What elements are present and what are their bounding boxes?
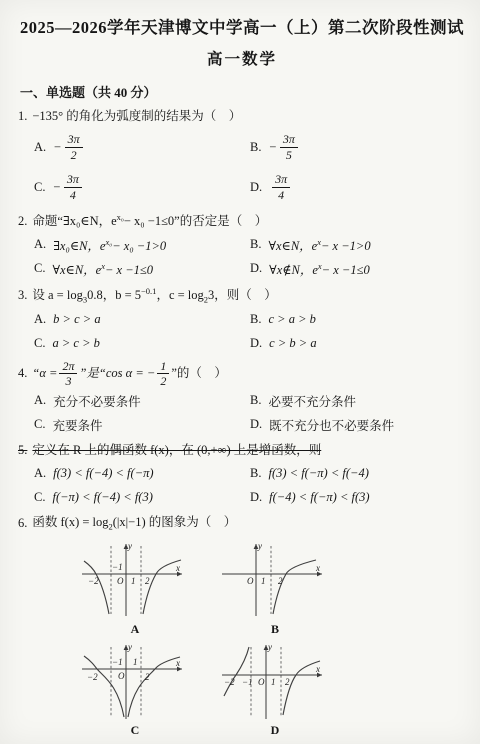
exam-page: 2025—2026学年天津博文中学高一（上）第二次阶段性测试 高一数学 一、单选… — [0, 0, 480, 744]
question-text: 设 a = log30.8，b = 5−0.1，c = log23，则（ ） — [32, 285, 276, 307]
graph-b-plot: y x O 1 2 — [216, 538, 334, 624]
svg-text:−1: −1 — [112, 657, 123, 667]
option-text: 既不充分也不必要条件 — [269, 416, 394, 434]
graph-option-c: −2 −1 O 1 2 y x C — [76, 639, 194, 738]
exam-title: 2025—2026学年天津博文中学高一（上）第二次阶段性测试 — [18, 14, 466, 38]
svg-text:1: 1 — [131, 576, 136, 586]
exam-subtitle: 高一数学 — [18, 47, 466, 69]
fraction: 3π2 — [65, 133, 83, 161]
question-4-options: A.充分不必要条件 B.必要不充分条件 C.充要条件 D.既不充分也不必要条件 — [18, 391, 466, 435]
question-1-stem: 1. −135° 的角化为弧度制的结果为（ ） — [18, 107, 466, 126]
question-text: −135° 的角化为弧度制的结果为（ ） — [32, 107, 241, 126]
fraction: 3π5 — [280, 133, 298, 161]
svg-text:x: x — [175, 563, 180, 573]
option-math: f(3) < f(−4) < f(−π) — [53, 466, 153, 481]
graph-option-a: y x O −2 −1 1 2 A — [76, 538, 194, 637]
question-1-options: A. − 3π2 B. − 3π5 C. − 3π4 D. 3π4 — [18, 129, 466, 205]
svg-text:−1: −1 — [242, 677, 253, 687]
option-math: ∀x∉N，ex− x −1≤0 — [269, 260, 370, 278]
option-label: C. — [34, 180, 45, 195]
svg-text:2: 2 — [285, 677, 290, 687]
option-b: B. − 3π5 — [250, 129, 466, 165]
option-d: D.c > b > a — [250, 334, 466, 354]
graph-option-b: y x O 1 2 B — [216, 538, 334, 637]
option-a: A.f(3) < f(−4) < f(−π) — [34, 463, 250, 483]
graph-option-d: −2 −1 O 1 2 y x D — [216, 639, 334, 738]
section-heading: 一、单选题（共 40 分） — [20, 82, 466, 101]
question-3: 3. 设 a = log30.8，b = 5−0.1，c = log23，则（ … — [18, 285, 466, 354]
question-4-stem: 4. “α = 2π3 ”是“cos α = − 12 ”的（ ） — [18, 360, 466, 388]
option-b: B. ∀x∈N，ex− x −1>0 — [250, 235, 466, 255]
option-c: C.f(−π) < f(−4) < f(3) — [34, 487, 250, 507]
answer-graphs: y x O −2 −1 1 2 A — [76, 538, 332, 738]
graph-c-plot: −2 −1 O 1 2 y x — [76, 639, 194, 725]
graph-d-plot: −2 −1 O 1 2 y x — [216, 639, 334, 725]
graph-b-label: B — [271, 622, 279, 637]
question-number: 5. — [18, 441, 27, 460]
option-math: f(−4) < f(−π) < f(3) — [269, 490, 369, 505]
svg-text:1: 1 — [261, 576, 266, 586]
option-math: b > c > a — [53, 312, 100, 327]
option-label: A. — [34, 237, 46, 252]
question-5-options: A.f(3) < f(−4) < f(−π) B.f(3) < f(−π) < … — [18, 463, 466, 507]
svg-text:O: O — [118, 671, 125, 681]
question-2: 2. 命题“∃x₀∈N，ex₀− x₀ −1≤0”的否定是（ ） A. ∃x₀∈… — [18, 211, 466, 279]
svg-text:O: O — [258, 677, 265, 687]
question-2-options: A. ∃x₀∈N，ex₀− x₀ −1>0 B. ∀x∈N，ex− x −1>0… — [18, 235, 466, 279]
graph-a-label: A — [131, 622, 140, 637]
svg-text:y: y — [267, 642, 272, 652]
question-number: 2. — [18, 212, 27, 231]
fraction: 12 — [157, 360, 169, 388]
option-label: D. — [250, 180, 262, 195]
option-math: ∃x₀∈N，ex₀− x₀ −1>0 — [53, 236, 166, 254]
svg-text:−2: −2 — [88, 576, 99, 586]
option-c: C.充要条件 — [34, 415, 250, 435]
option-b: B.f(3) < f(−π) < f(−4) — [250, 463, 466, 483]
fraction: 2π3 — [59, 360, 77, 388]
question-number: 6. — [18, 514, 27, 533]
question-3-options: A.b > c > a B.c > a > b C.a > c > b D.c … — [18, 310, 466, 354]
svg-text:y: y — [127, 541, 132, 551]
option-text: 必要不充分条件 — [268, 392, 356, 410]
svg-text:1: 1 — [133, 657, 138, 667]
question-1: 1. −135° 的角化为弧度制的结果为（ ） A. − 3π2 B. − 3π… — [18, 107, 466, 205]
svg-text:x: x — [175, 658, 180, 668]
svg-text:y: y — [127, 642, 132, 652]
question-number: 3. — [18, 286, 27, 305]
option-label: B. — [250, 237, 261, 252]
svg-text:−1: −1 — [112, 562, 123, 572]
question-6: 6. 函数 f(x) = log2(|x|−1) 的图象为（ ） y x O — [18, 513, 466, 738]
question-text: 定义在 R 上的偶函数 f(x)，在 (0,+∞) 上是增函数，则 — [32, 441, 321, 460]
option-a: A.b > c > a — [34, 310, 250, 330]
svg-text:1: 1 — [271, 677, 276, 687]
fraction: 3π4 — [64, 173, 82, 201]
option-label: C. — [34, 261, 45, 276]
svg-text:O: O — [247, 576, 254, 586]
graph-d-label: D — [271, 723, 280, 738]
svg-text:O: O — [117, 576, 124, 586]
svg-text:x: x — [315, 664, 320, 674]
option-d: D. ∀x∉N，ex− x −1≤0 — [250, 259, 466, 279]
question-text: 函数 f(x) = log2(|x|−1) 的图象为（ ） — [32, 513, 236, 534]
question-number: 4. — [18, 364, 27, 383]
option-a: A. ∃x₀∈N，ex₀− x₀ −1>0 — [34, 235, 250, 255]
option-sign: − — [52, 180, 60, 195]
option-c: C. − 3π4 — [34, 169, 250, 205]
question-5: 5. 定义在 R 上的偶函数 f(x)，在 (0,+∞) 上是增函数，则 A.f… — [18, 441, 466, 507]
option-text: 充分不必要条件 — [53, 392, 141, 410]
option-text: 充要条件 — [52, 416, 102, 434]
option-label: B. — [250, 140, 261, 155]
graph-c-label: C — [131, 723, 140, 738]
question-6-stem: 6. 函数 f(x) = log2(|x|−1) 的图象为（ ） — [18, 513, 466, 534]
option-b: B.c > a > b — [250, 310, 466, 330]
option-label: D. — [250, 261, 262, 276]
option-c: C.a > c > b — [34, 334, 250, 354]
option-a: A.充分不必要条件 — [34, 391, 250, 411]
question-2-stem: 2. 命题“∃x₀∈N，ex₀− x₀ −1≤0”的否定是（ ） — [18, 211, 466, 232]
graph-a-plot: y x O −2 −1 1 2 — [76, 538, 194, 624]
option-b: B.必要不充分条件 — [250, 391, 466, 411]
option-math: c > b > a — [269, 336, 316, 351]
option-math: c > a > b — [268, 312, 315, 327]
option-d: D.既不充分也不必要条件 — [250, 415, 466, 435]
question-text: 命题“∃x₀∈N，ex₀− x₀ −1≤0”的否定是（ ） — [32, 211, 267, 232]
svg-text:2: 2 — [145, 576, 150, 586]
option-a: A. − 3π2 — [34, 129, 250, 165]
question-5-stem: 5. 定义在 R 上的偶函数 f(x)，在 (0,+∞) 上是增函数，则 — [18, 441, 466, 460]
fraction: 3π4 — [272, 173, 290, 201]
option-label: A. — [34, 140, 46, 155]
option-sign: − — [53, 140, 61, 155]
question-4: 4. “α = 2π3 ”是“cos α = − 12 ”的（ ） A.充分不必… — [18, 360, 466, 435]
svg-text:−2: −2 — [224, 677, 235, 687]
option-c: C. ∀x∈N，ex− x −1≤0 — [34, 259, 250, 279]
svg-text:2: 2 — [145, 672, 150, 682]
option-d: D.f(−4) < f(−π) < f(3) — [250, 487, 466, 507]
question-3-stem: 3. 设 a = log30.8，b = 5−0.1，c = log23，则（ … — [18, 285, 466, 307]
option-math: f(3) < f(−π) < f(−4) — [268, 466, 368, 481]
option-math: ∀x∈N，ex− x −1≤0 — [52, 260, 153, 278]
option-math: f(−π) < f(−4) < f(3) — [52, 490, 152, 505]
option-sign: − — [268, 140, 276, 155]
svg-text:x: x — [315, 563, 320, 573]
option-math: ∀x∈N，ex− x −1>0 — [268, 236, 370, 254]
svg-text:−2: −2 — [87, 672, 98, 682]
option-math: a > c > b — [52, 336, 99, 351]
question-number: 1. — [18, 107, 27, 126]
svg-text:y: y — [257, 541, 262, 551]
option-d: D. 3π4 — [250, 169, 466, 205]
svg-text:2: 2 — [278, 576, 283, 586]
